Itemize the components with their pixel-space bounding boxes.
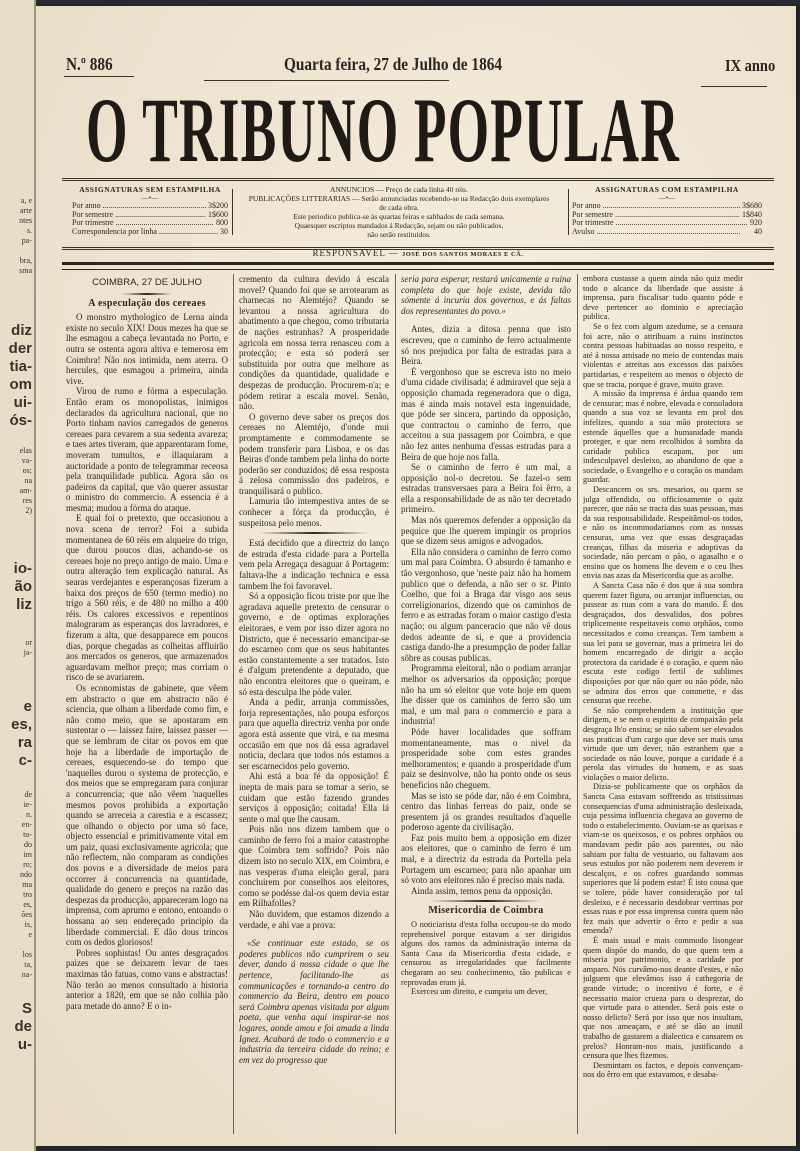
subscriptions-with-stamp-title: ASSIGNATURAS COM ESTAMPILHA [572,185,762,194]
prev-page-headline-fragment: io- ão liz [14,560,32,614]
notice-literary: PUBLICAÇÕES LITTERARIAS — Serão annuncia… [234,194,564,203]
article-headline: A especulação dos cereaes [66,299,228,310]
article-paragraph: Dizia-se publicamente que os orphãos da … [583,782,743,936]
column-separator [395,274,396,1134]
ornament-icon: —•— [72,194,228,202]
prev-page-text-fragment: elas va- os; na am- res 2) [20,446,32,516]
column-3: seria para esperar, restará unicamente a… [401,274,571,1134]
article-paragraph: Os economistas de gabinete, que vêem em … [66,683,228,948]
article-paragraph: Antes, dizia a ditosa penna que isto esc… [401,324,571,366]
responsible-label: RESPONSAVEL — [312,248,398,258]
notice-text: de cada obra. [234,203,564,212]
notice-ads: ANNUNCIOS — Preço de cada linha 40 réis. [234,185,564,194]
rule-under-number [64,76,134,77]
subscriptions-without-stamp-title: ASSIGNATURAS SEM ESTAMPILHA [72,185,228,194]
column-4: embora custasse a quem ainda não quiz me… [583,274,743,1134]
article-paragraph: O noticiarista d'esta folha occupou-se d… [401,920,571,987]
article-headline: Misericordia de Coimbra [401,906,571,917]
divider [232,189,233,235]
article-paragraph: O monstro mythologico de Lerna ainda exi… [66,312,228,386]
article-paragraph: Faz pois muito bem a opposição em dizer … [401,833,571,886]
prev-page-headline-fragment: diz der tia- om ui- ós- [9,322,32,430]
article-paragraph: É vergonhoso que se escreva isto no meio… [401,367,571,462]
responsible-editor-line: RESPONSAVEL — JOSÉ DOS SANTOS MORAES E C… [62,248,774,258]
prev-page-headline-fragment: e es, ra c- [11,698,32,770]
article-paragraph: Não duvidem, que estamos dizendo a verda… [239,909,389,930]
prev-page-headline-fragment: S de u- [14,1000,32,1054]
article-paragraph: Pois não nos dizem tambem que o caminho … [239,824,389,909]
quoted-passage: «Se continuar este estado, se os poderes… [239,938,389,1065]
article-paragraph: O governo deve saber os preços dos cerea… [239,412,389,497]
subscription-info-box: ASSIGNATURAS SEM ESTAMPILHA —•— Por anno… [62,178,774,250]
article-paragraph: Mas nós queremos defender a opposição da… [401,515,571,547]
article-paragraph: cremento da cultura devido á escala move… [239,274,389,412]
quote-text: «Se continuar este estado, se os poderes… [239,938,389,1065]
article-paragraph: Ahi está a boa fé da opposição! É inepta… [239,771,389,824]
prev-page-text-fragment: a, e arte ntes s. pa- bra, sma [19,196,32,276]
article-paragraph: Programma eleitoral, não o podiam arranj… [401,663,571,727]
column-separator [233,274,234,1134]
price-row: Por anno3$680 [572,202,762,211]
previous-page-edge: a, e arte ntes s. pa- bra, sma diz der t… [0,0,36,1151]
rule-under-year [701,86,767,87]
article-paragraph: Se o caminho de ferro é um mal, a opposi… [401,462,571,515]
article-paragraph: Só a opposição ficou triste por que lhe … [239,591,389,697]
price-row: Por semestre1$600 [72,211,228,220]
article-paragraph: Desmintam os factos, e depois convençam-… [583,1061,743,1080]
price-row: Por anno3$200 [72,202,228,211]
newspaper-page: N.º 886 Quarta feira, 27 de Julho de 186… [36,6,796,1146]
issue-year: IX anno [725,56,775,76]
issue-number: N.º 886 [66,54,113,75]
prev-page-text-fragment: de ie- n. en- to- do im ro; ndo ma tro e… [20,790,32,980]
price-row: Por semestre1$840 [572,211,762,220]
quote-continuation: seria para esperar, restará unicamente a… [401,274,571,316]
column-2: cremento da cultura devido á escala move… [239,274,389,1134]
column-separator [577,274,578,1134]
subscriptions-with-stamp: ASSIGNATURAS COM ESTAMPILHA —•— Por anno… [572,185,762,236]
price-row: Por trimestre920 [572,219,762,228]
article-paragraph: Exerceu um direito, e cumpriu um dever, [401,987,571,997]
responsible-name: JOSÉ DOS SANTOS MORAES E CÃ. [402,251,524,258]
article-paragraph: A Sancta Casa não é dos que á sua sombra… [583,581,743,706]
article-paragraph: Anda a pedir, arranja commissões, forja … [239,697,389,771]
issue-date: Quarta feira, 27 de Julho de 1864 [284,54,502,75]
article-columns: COIMBRA, 27 DE JULHO A especulação dos c… [62,274,774,1134]
ornament-icon: —•— [572,194,762,202]
article-paragraph: Pobres sophistas! Ou antes desgraçados p… [66,948,228,1012]
article-paragraph: Descancem os srs. mesarios, ou quem se j… [583,485,743,581]
article-paragraph: A missão da imprensa é árdua quando tem … [583,389,743,485]
article-paragraph: Se o fez com algum azedume, se a censura… [583,322,743,389]
price-row: Por trimestre800 [72,219,228,228]
notice-text: Quaesquer escriptos mandados á Redacção,… [234,221,564,230]
prev-page-text-fragment: or ja- [24,638,32,658]
header-bottom-rule [62,262,774,270]
article-paragraph: Ella não considera o caminho de ferro co… [401,547,571,664]
masthead-title: O TRIBUNO POPULAR [86,84,457,176]
column-1: COIMBRA, 27 DE JULHO A especulação dos c… [66,274,228,1134]
article-paragraph: Lamuria tão intempestiva antes de se con… [239,496,389,528]
ornament-divider [122,293,172,295]
article-paragraph: E qual foi o pretexto, que occasionou a … [66,513,228,683]
subscriptions-without-stamp: ASSIGNATURAS SEM ESTAMPILHA —•— Por anno… [72,185,228,236]
dateline: COIMBRA, 27 DE JULHO [66,278,228,289]
article-paragraph: Está decidido que a directriz do lanço d… [239,538,389,591]
price-row: Avulso40 [572,228,762,237]
notice-schedule: Este periodico publica-se às quartas fei… [234,212,564,221]
price-row: Correspondencia por linha30 [72,228,228,237]
divider [568,189,569,235]
article-paragraph: Se não comprehendem a instituição que di… [583,706,743,783]
notice-text: não serão restituidos. [234,230,564,239]
article-paragraph: É mais usual e mais commodo lisongear qu… [583,936,743,1061]
article-paragraph: embora custasse a quem ainda não quiz me… [583,274,743,322]
ornament-divider [259,532,369,534]
article-paragraph: Virou de rumo e fórma a especulação. Ent… [66,386,228,513]
notices-block: ANNUNCIOS — Preço de cada linha 40 réis.… [234,185,564,239]
ornament-divider [431,900,541,902]
article-paragraph: Mas se isto se póde dar, não é em Coimbr… [401,791,571,833]
article-paragraph: Ainda assim, temos pena da opposição. [401,886,571,897]
article-paragraph: Póde haver localidades que soffram momen… [401,727,571,791]
